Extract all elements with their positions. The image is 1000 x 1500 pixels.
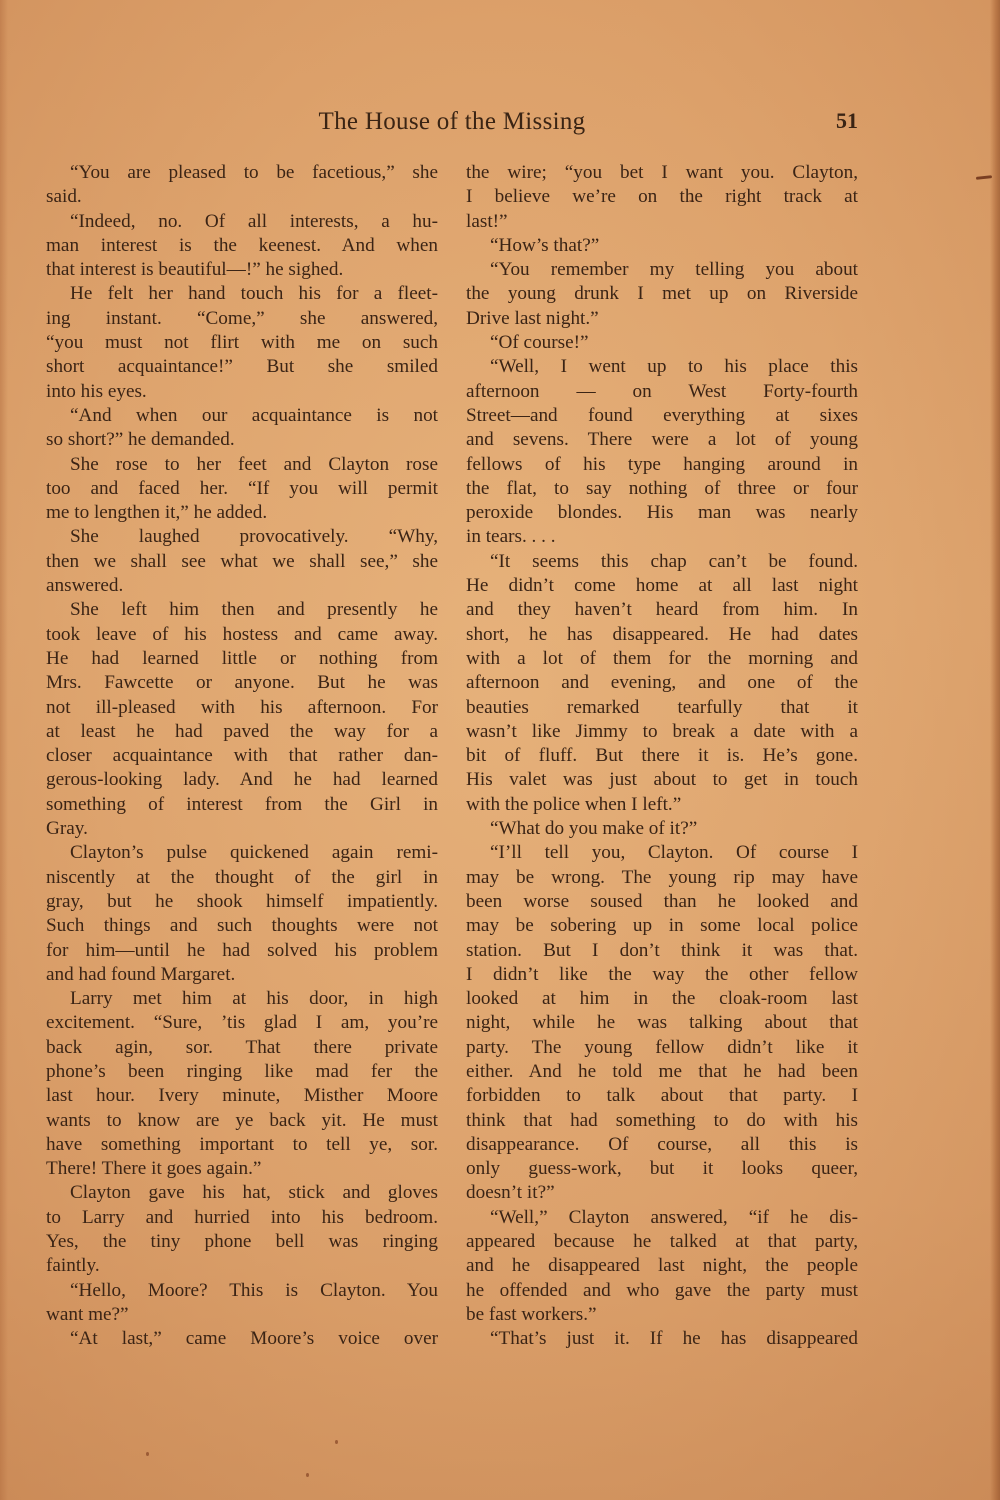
text-line: Larry met him at his door, in high (46, 987, 438, 1011)
text-line: with the police when I left.” (466, 793, 858, 817)
text-line: the young drunk I met up on Riverside (466, 282, 858, 306)
text-line: doesn’t it?” (466, 1181, 858, 1205)
text-line: into his eyes. (46, 380, 438, 404)
text-line: not ill-pleased with his afternoon. For (46, 696, 438, 720)
text-column-right: the wire; “you bet I want you. Clayton,I… (466, 161, 858, 1352)
text-line: “And when our acquaintance is not (46, 404, 438, 428)
text-line: that interest is beautiful—!” he sighed. (46, 258, 438, 282)
text-line: back agin, sor. That there private (46, 1036, 438, 1060)
text-line: “That’s just it. If he has disappeared (466, 1327, 858, 1351)
text-line: “What do you make of it?” (466, 817, 858, 841)
text-line: disappearance. Of course, all this is (466, 1133, 858, 1157)
text-line: to Larry and hurried into his bedroom. (46, 1206, 438, 1230)
text-line: in tears. . . . (466, 525, 858, 549)
text-line: been worse soused than he looked and (466, 890, 858, 914)
page-edge-left (0, 0, 8, 1500)
text-line: afternoon — on West Forty-fourth (466, 380, 858, 404)
text-line: Clayton gave his hat, stick and gloves (46, 1181, 438, 1205)
text-line: think that had something to do with his (466, 1109, 858, 1133)
text-line: gerous-looking lady. And he had learned (46, 768, 438, 792)
text-line: His valet was just about to get in touch (466, 768, 858, 792)
text-line: peroxide blondes. His man was nearly (466, 501, 858, 525)
text-line: I didn’t like the way the other fellow (466, 963, 858, 987)
text-line: have something important to tell ye, sor… (46, 1133, 438, 1157)
text-line: He felt her hand touch his for a fleet- (46, 282, 438, 306)
text-line: with a lot of them for the morning and (466, 647, 858, 671)
text-line: last!” (466, 210, 858, 234)
text-line: either. And he told me that he had been (466, 1060, 858, 1084)
text-line: “You are pleased to be facetious,” she (46, 161, 438, 185)
text-line: wasn’t like Jimmy to break a date with a (466, 720, 858, 744)
text-line: night, while he was talking about that (466, 1011, 858, 1035)
text-line: last hour. Ivery minute, Misther Moore (46, 1084, 438, 1108)
text-line: only guess-work, but it looks queer, (466, 1157, 858, 1181)
text-line: Drive last night.” (466, 307, 858, 331)
text-line: “you must not flirt with me on such (46, 331, 438, 355)
text-line: forbidden to talk about that party. I (466, 1084, 858, 1108)
text-line: appeared because he talked at that party… (466, 1230, 858, 1254)
book-page: The House of the Missing 51 “You are ple… (0, 0, 1000, 1500)
text-line: said. (46, 185, 438, 209)
text-line: “Of course!” (466, 331, 858, 355)
paper-speck (146, 1452, 149, 1456)
text-line: Yes, the tiny phone bell was ringing (46, 1230, 438, 1254)
text-line: and sevens. There were a lot of young (466, 428, 858, 452)
text-line: phone’s been ringing like mad fer the (46, 1060, 438, 1084)
text-line: ing instant. “Come,” she answered, (46, 307, 438, 331)
text-line: “How’s that?” (466, 234, 858, 258)
text-line: She rose to her feet and Clayton rose (46, 453, 438, 477)
text-line: closer acquaintance with that rather dan… (46, 744, 438, 768)
text-line: “Well, I went up to his place this (466, 355, 858, 379)
paper-speck (335, 1440, 338, 1444)
text-line: so short?” he demanded. (46, 428, 438, 452)
text-line: he offended and who gave the party must (466, 1279, 858, 1303)
text-line: at least he had paved the way for a (46, 720, 438, 744)
text-line: party. The young fellow didn’t like it (466, 1036, 858, 1060)
text-line: niscently at the thought of the girl in (46, 866, 438, 890)
text-line: faintly. (46, 1254, 438, 1278)
text-column-left: “You are pleased to be facetious,” shesa… (46, 161, 438, 1352)
text-line: and they haven’t heard from him. In (466, 598, 858, 622)
text-line: me to lengthen it,” he added. (46, 501, 438, 525)
running-title: The House of the Missing (0, 108, 904, 136)
text-line: gray, but he shook himself impatiently. (46, 890, 438, 914)
text-line: took leave of his hostess and came away. (46, 623, 438, 647)
text-line: may be sobering up in some local police (466, 914, 858, 938)
text-line: fellows of his type hanging around in (466, 453, 858, 477)
text-line: then we shall see what we shall see,” sh… (46, 550, 438, 574)
text-line: too and faced her. “If you will permit (46, 477, 438, 501)
text-line: the wire; “you bet I want you. Clayton, (466, 161, 858, 185)
text-line: man interest is the keenest. And when (46, 234, 438, 258)
text-line: “You remember my telling you about (466, 258, 858, 282)
text-line: Gray. (46, 817, 438, 841)
paper-speck (306, 1473, 309, 1477)
text-line: short acquaintance!” But she smiled (46, 355, 438, 379)
text-line: “At last,” came Moore’s voice over (46, 1327, 438, 1351)
text-line: “Hello, Moore? This is Clayton. You (46, 1279, 438, 1303)
text-line: be fast workers.” (466, 1303, 858, 1327)
text-line: afternoon and evening, and one of the (466, 671, 858, 695)
text-line: There! There it goes again.” (46, 1157, 438, 1181)
text-line: station. But I don’t think it was that. (466, 939, 858, 963)
text-line: He had learned little or nothing from (46, 647, 438, 671)
text-line: “It seems this chap can’t be found. (466, 550, 858, 574)
text-line: He didn’t come home at all last night (466, 574, 858, 598)
text-line: want me?” (46, 1303, 438, 1327)
text-line: “Indeed, no. Of all interests, a hu- (46, 210, 438, 234)
text-line: bit of fluff. But there it is. He’s gone… (466, 744, 858, 768)
text-line: and he disappeared last night, the peopl… (466, 1254, 858, 1278)
text-line: “Well,” Clayton answered, “if he dis- (466, 1206, 858, 1230)
text-line: answered. (46, 574, 438, 598)
text-line: and had found Margaret. (46, 963, 438, 987)
text-line: Mrs. Fawcette or anyone. But he was (46, 671, 438, 695)
text-line: “I’ll tell you, Clayton. Of course I (466, 841, 858, 865)
text-line: may be wrong. The young rip may have (466, 866, 858, 890)
page-number: 51 (836, 108, 858, 134)
text-line: excitement. “Sure, ’tis glad I am, you’r… (46, 1011, 438, 1035)
text-line: beauties remarked tearfully that it (466, 696, 858, 720)
text-line: the flat, to say nothing of three or fou… (466, 477, 858, 501)
text-line: Street—and found everything at sixes (466, 404, 858, 428)
text-line: Clayton’s pulse quickened again remi- (46, 841, 438, 865)
text-line: She left him then and presently he (46, 598, 438, 622)
text-line: looked at him in the cloak-room last (466, 987, 858, 1011)
text-line: for him—until he had solved his problem (46, 939, 438, 963)
text-line: Such things and such thoughts were not (46, 914, 438, 938)
text-line: She laughed provocatively. “Why, (46, 525, 438, 549)
text-line: short, he has disappeared. He had dates (466, 623, 858, 647)
text-line: something of interest from the Girl in (46, 793, 438, 817)
page-edge-right (990, 0, 1000, 1500)
text-line: wants to know are ye back yit. He must (46, 1109, 438, 1133)
text-line: I believe we’re on the right track at (466, 185, 858, 209)
